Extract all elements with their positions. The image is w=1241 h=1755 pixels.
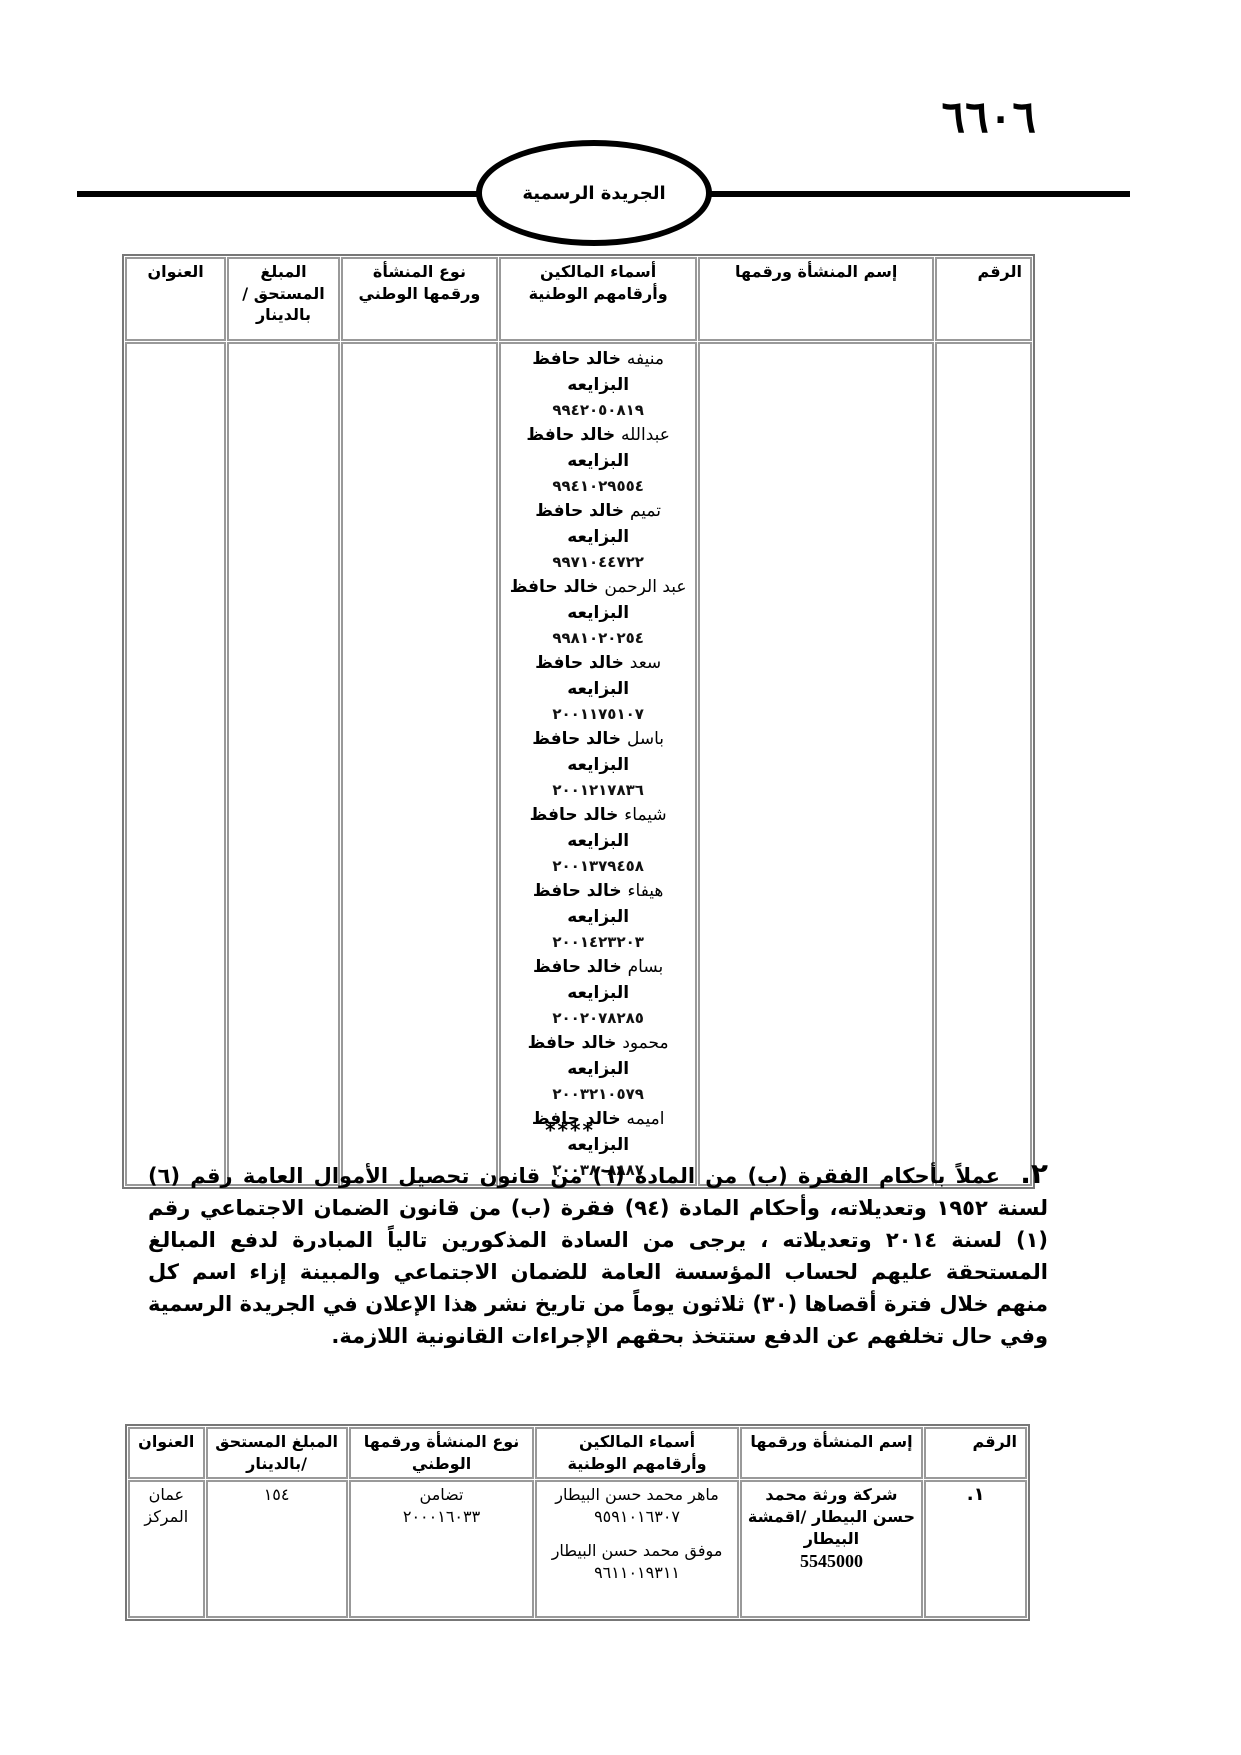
- owner-family-name: خالد حافظ البزايعه: [532, 729, 629, 775]
- owner-national-id: ٢٠٠٢٠٧٨٢٨٥: [505, 1006, 691, 1030]
- owner-first-name: بسام: [628, 957, 664, 977]
- owner-national-id: ٩٩٤١٠٢٩٥٥٤: [505, 474, 691, 498]
- establishment-national-id: ٢٠٠٠١٦٠٣٣: [355, 1506, 529, 1528]
- table-header-row: الرقم إسم المنشأة ورقمها أسماء المالكين …: [125, 257, 1032, 341]
- cell-number: [935, 342, 1032, 1186]
- page-number: ٦٦٠٦: [941, 92, 1036, 143]
- table-row: ١. شركة ورثة محمد حسن البيطار /اقمشة الب…: [128, 1480, 1027, 1618]
- owner-first-name: منيفه: [627, 349, 664, 369]
- header-type: نوع المنشأة ورقمها الوطني: [349, 1427, 535, 1479]
- header-number: الرقم: [924, 1427, 1027, 1479]
- owner-entry: عبدالله خالد حافظ البزايعه ٩٩٤١٠٢٩٥٥٤: [505, 422, 691, 498]
- notice-text: عملاً بأحكام الفقرة (ب) من المادة (٦) من…: [148, 1164, 1048, 1348]
- section-separator: ****: [520, 1118, 620, 1142]
- cell-establishment: شركة ورثة محمد حسن البيطار /اقمشة البيطا…: [740, 1480, 924, 1618]
- owner-first-name: اميمه: [627, 1109, 665, 1129]
- owner-family-name: خالد حافظ البزايعه: [530, 805, 629, 851]
- cell-establishment: [698, 342, 934, 1186]
- table-row: منيفه خالد حافظ البزايعه ٩٩٤٢٠٥٠٨١٩ عبدا…: [125, 342, 1032, 1186]
- header-amount: المبلغ المستحق /بالدينار: [227, 257, 339, 341]
- header-amount: المبلغ المستحق /بالدينار: [206, 1427, 348, 1479]
- owner-entry: هيفاء خالد حافظ البزايعه ٢٠٠١٤٢٣٢٠٣: [505, 878, 691, 954]
- owner-first-name: شيماء: [624, 805, 666, 825]
- cell-address: عمان المركز: [128, 1480, 205, 1618]
- cell-amount: ١٥٤: [206, 1480, 348, 1618]
- owner-entry: محمود خالد حافظ البزايعه ٢٠٠٣٢١٠٥٧٩: [505, 1030, 691, 1106]
- header-number: الرقم: [935, 257, 1032, 341]
- cell-amount: [227, 342, 339, 1186]
- header-owners: أسماء المالكين وأرقامهم الوطنية: [535, 1427, 738, 1479]
- header-type: نوع المنشأة ورقمها الوطني: [341, 257, 498, 341]
- owner-first-name: باسل: [627, 729, 664, 749]
- owner-national-id: ٢٠٠١٤٢٣٢٠٣: [505, 930, 691, 954]
- cell-type: [341, 342, 498, 1186]
- owner-national-id: ٩٥٩١٠١٦٣٠٧: [541, 1506, 732, 1528]
- owner-family-name: خالد حافظ البزايعه: [535, 501, 629, 547]
- cell-address: [125, 342, 226, 1186]
- owner-family-name: خالد حافظ البزايعه: [532, 349, 629, 395]
- owner-national-id: ٩٦١١٠١٩٣١١: [541, 1562, 732, 1584]
- owner-family-name: خالد حافظ البزايعه: [533, 957, 629, 1003]
- owner-name: موفق محمد حسن البيطار: [541, 1540, 732, 1562]
- owner-first-name: سعد: [630, 653, 661, 673]
- header-establishment: إسم المنشأة ورقمها: [740, 1427, 924, 1479]
- cell-number: ١.: [924, 1480, 1027, 1618]
- owner-first-name: عبدالله: [621, 425, 670, 445]
- owner-entry: شيماء خالد حافظ البزايعه ٢٠٠١٣٧٩٤٥٨: [505, 802, 691, 878]
- establishment-type: تضامن: [355, 1484, 529, 1506]
- owner-first-name: هيفاء: [628, 881, 664, 901]
- header-rule-right: [710, 191, 1130, 197]
- owner-name: ماهر محمد حسن البيطار: [541, 1484, 732, 1506]
- owner-entry: تميم خالد حافظ البزايعه ٩٩٧١٠٤٤٧٢٢: [505, 498, 691, 574]
- owner-family-name: خالد حافظ البزايعه: [535, 653, 629, 699]
- owner-entry: سعد خالد حافظ البزايعه ٢٠٠١١٧٥١٠٧: [505, 650, 691, 726]
- owner-national-id: ٢٠٠١٣٧٩٤٥٨: [505, 854, 691, 878]
- owner-national-id: ٩٩٧١٠٤٤٧٢٢: [505, 550, 691, 574]
- header-owners: أسماء المالكين وأرقامهم الوطنية: [499, 257, 697, 341]
- notice-paragraph: ٢. عملاً بأحكام الفقرة (ب) من المادة (٦)…: [148, 1158, 1048, 1352]
- header-address: العنوان: [128, 1427, 205, 1479]
- table-header-row: الرقم إسم المنشأة ورقمها أسماء المالكين …: [128, 1427, 1027, 1479]
- owner-entry: منيفه خالد حافظ البزايعه ٩٩٤٢٠٥٠٨١٩: [505, 346, 691, 422]
- dues-table: الرقم إسم المنشأة ورقمها أسماء المالكين …: [125, 1424, 1030, 1621]
- owner-first-name: عبد الرحمن: [604, 577, 686, 597]
- masthead-title: الجريدة الرسمية: [522, 183, 665, 204]
- cell-type: تضامن ٢٠٠٠١٦٠٣٣: [349, 1480, 535, 1618]
- header-address: العنوان: [125, 257, 226, 341]
- owners-table-continued: الرقم إسم المنشأة ورقمها أسماء المالكين …: [122, 254, 1035, 1189]
- owner-entry: عبد الرحمن خالد حافظ البزايعه ٩٩٨١٠٢٠٢٥٤: [505, 574, 691, 650]
- owner-entry: بسام خالد حافظ البزايعه ٢٠٠٢٠٧٨٢٨٥: [505, 954, 691, 1030]
- establishment-name: شركة ورثة محمد حسن البيطار /اقمشة البيطا…: [746, 1484, 918, 1550]
- owner-national-id: ٩٩٤٢٠٥٠٨١٩: [505, 398, 691, 422]
- owner-national-id: ٢٠٠١٢١٧٨٣٦: [505, 778, 691, 802]
- owner-entry: باسل خالد حافظ البزايعه ٢٠٠١٢١٧٨٣٦: [505, 726, 691, 802]
- owner-family-name: خالد حافظ البزايعه: [528, 1033, 629, 1079]
- header-establishment: إسم المنشأة ورقمها: [698, 257, 934, 341]
- establishment-id: 5545000: [746, 1550, 918, 1572]
- header-rule-left: [77, 191, 477, 197]
- masthead-oval: الجريدة الرسمية: [476, 140, 712, 246]
- owner-first-name: محمود: [622, 1033, 668, 1053]
- owner-national-id: ٢٠٠١١٧٥١٠٧: [505, 702, 691, 726]
- owner-family-name: خالد حافظ البزايعه: [533, 881, 629, 927]
- notice-number: ٢.: [1020, 1157, 1048, 1190]
- owner-national-id: ٩٩٨١٠٢٠٢٥٤: [505, 626, 691, 650]
- cell-owners: منيفه خالد حافظ البزايعه ٩٩٤٢٠٥٠٨١٩ عبدا…: [499, 342, 697, 1186]
- owner-national-id: ٢٠٠٣٢١٠٥٧٩: [505, 1082, 691, 1106]
- owner-family-name: خالد حافظ البزايعه: [526, 425, 629, 471]
- cell-owners: ماهر محمد حسن البيطار ٩٥٩١٠١٦٣٠٧ موفق مح…: [535, 1480, 738, 1618]
- owner-first-name: تميم: [630, 501, 661, 521]
